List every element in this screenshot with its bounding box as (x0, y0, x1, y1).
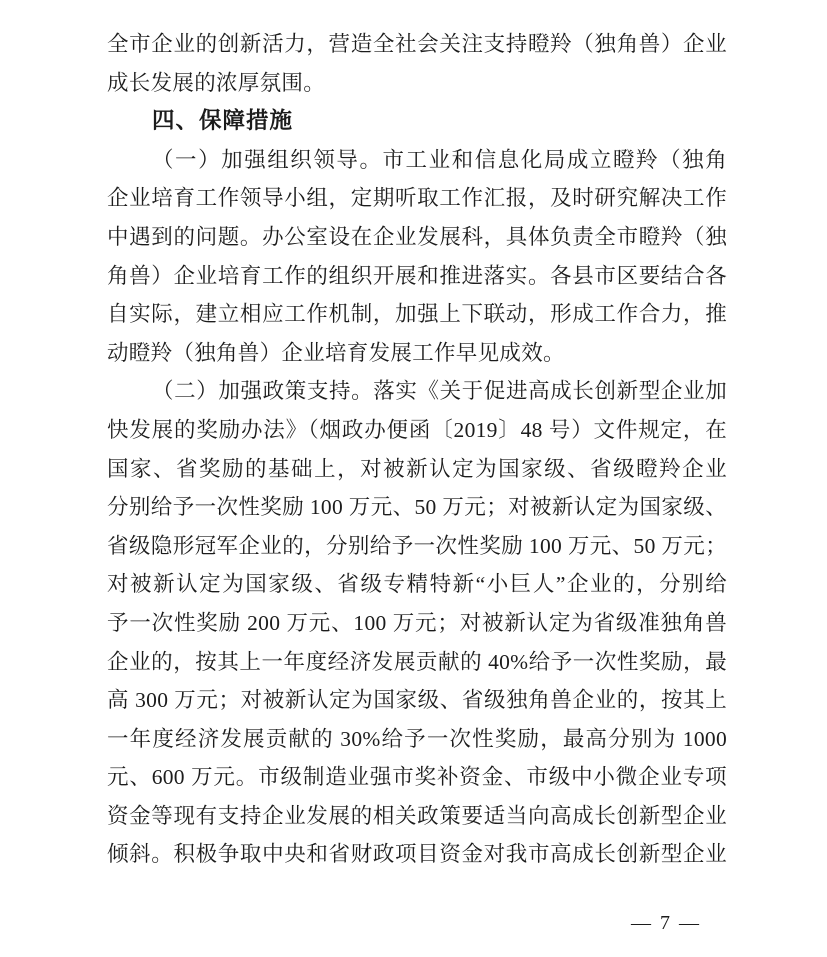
text-line: 资金等现有支持企业发展的相关政策要适当向高成长创新型企业 (107, 797, 727, 836)
text-line: 企业培育工作领导小组，定期听取工作汇报，及时研究解决工作 (107, 179, 727, 218)
section-heading: 四、保障措施 (107, 102, 727, 141)
text-line: 元、600 万元。市级制造业强市奖补资金、市级中小微企业专项 (107, 758, 727, 797)
text-line: （一）加强组织领导。市工业和信息化局成立瞪羚（独角兽） (107, 141, 727, 180)
text-line: 分别给予一次性奖励 100 万元、50 万元；对被新认定为国家级、 (107, 488, 727, 527)
document-body: 全市企业的创新活力，营造全社会关注支持瞪羚（独角兽）企业 成长发展的浓厚氛围。 … (107, 25, 727, 874)
text-line: 省级隐形冠军企业的，分别给予一次性奖励 100 万元、50 万元； (107, 527, 727, 566)
text-line: 成长发展的浓厚氛围。 (107, 64, 727, 103)
text-line: 中遇到的问题。办公室设在企业发展科，具体负责全市瞪羚（独 (107, 218, 727, 257)
document-page: 全市企业的创新活力，营造全社会关注支持瞪羚（独角兽）企业 成长发展的浓厚氛围。 … (0, 0, 827, 957)
text-line: 予一次性奖励 200 万元、100 万元；对被新认定为省级准独角兽 (107, 604, 727, 643)
text-line: 对被新认定为国家级、省级专精特新“小巨人”企业的，分别给 (107, 565, 727, 604)
text-line: 角兽）企业培育工作的组织开展和推进落实。各县市区要结合各 (107, 257, 727, 296)
text-line: 企业的，按其上一年度经济发展贡献的 40%给予一次性奖励，最 (107, 643, 727, 682)
text-line: 快发展的奖励办法》（烟政办便函〔2019〕48 号）文件规定，在 (107, 411, 727, 450)
text-line: 全市企业的创新活力，营造全社会关注支持瞪羚（独角兽）企业 (107, 25, 727, 64)
text-line: 一年度经济发展贡献的 30%给予一次性奖励，最高分别为 1000 万 (107, 720, 727, 759)
text-line: 自实际，建立相应工作机制，加强上下联动，形成工作合力，推 (107, 295, 727, 334)
text-line: 国家、省奖励的基础上，对被新认定为国家级、省级瞪羚企业的， (107, 450, 727, 489)
text-line: 动瞪羚（独角兽）企业培育发展工作早见成效。 (107, 334, 727, 373)
text-line: （二）加强政策支持。落实《关于促进高成长创新型企业加 (107, 372, 727, 411)
page-number: — 7 — (631, 908, 701, 938)
text-line: 高 300 万元；对被新认定为国家级、省级独角兽企业的，按其上 (107, 681, 727, 720)
text-line: 倾斜。积极争取中央和省财政项目资金对我市高成长创新型企业 (107, 835, 727, 874)
